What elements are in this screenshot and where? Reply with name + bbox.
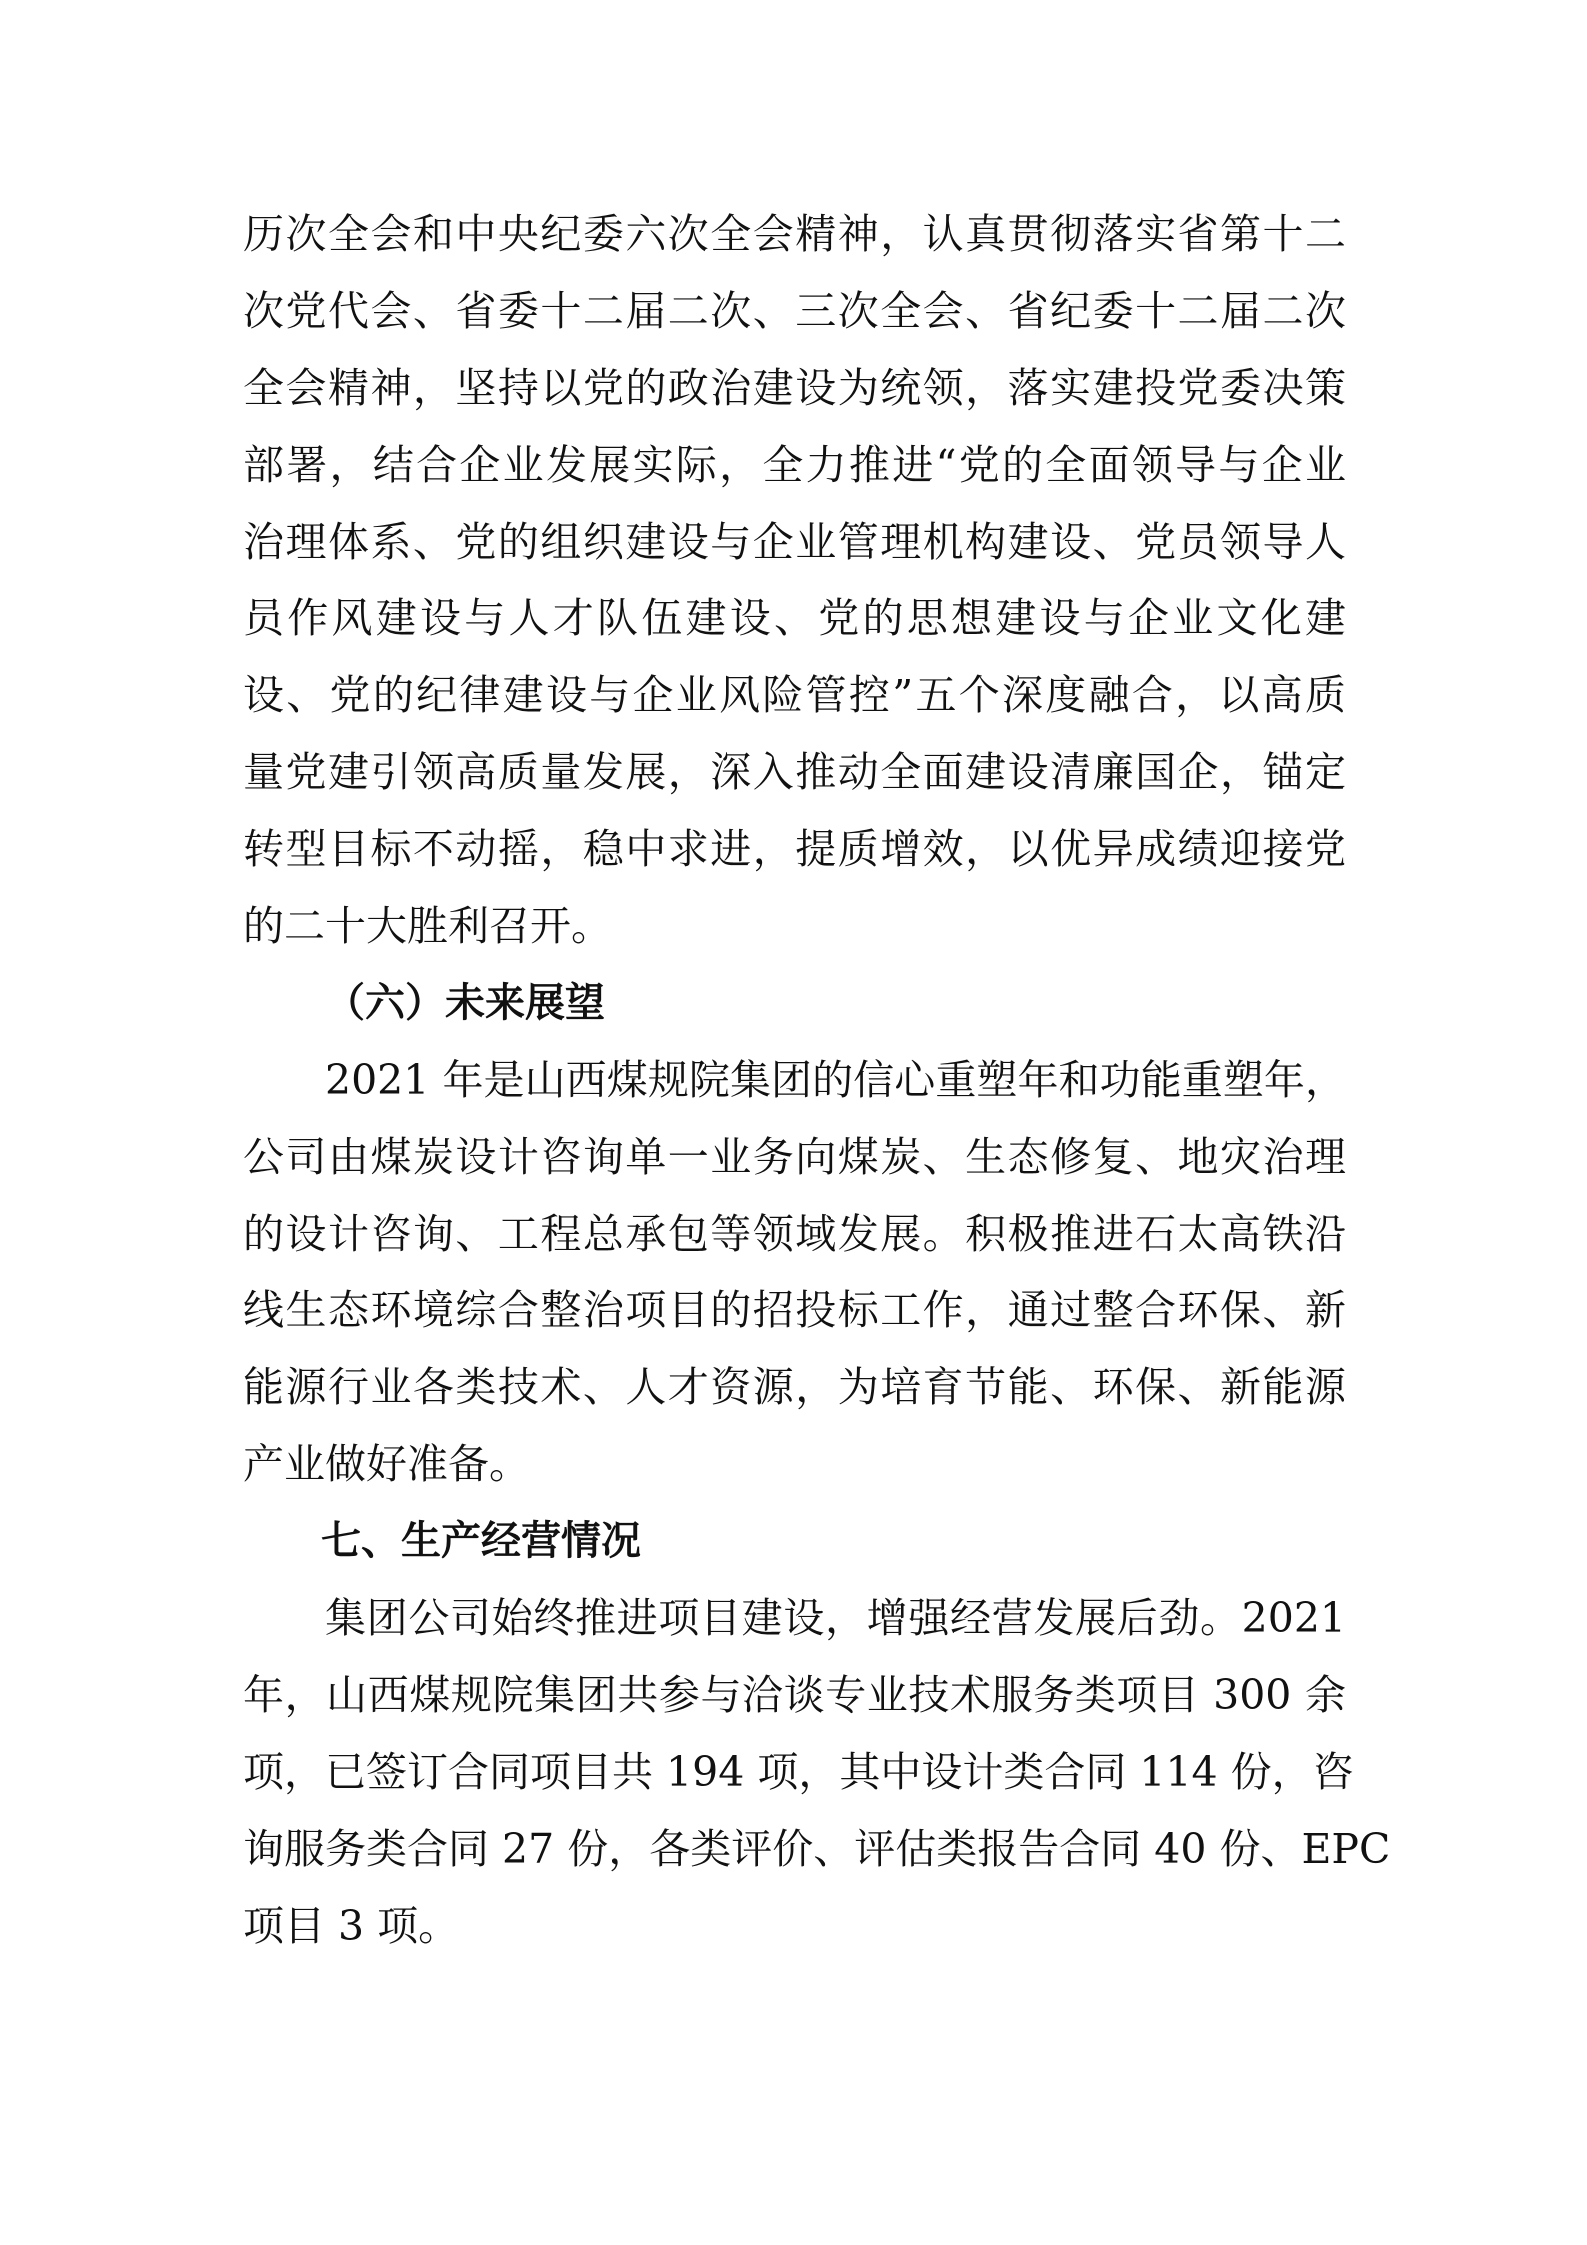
text-line: 治理体系、党的组织建设与企业管理机构建设、党员领导人 [243,504,1346,581]
text-line: 量党建引领高质量发展，深入推动全面建设清廉国企，锚定 [243,734,1346,811]
section-heading-production-operations: 七、生产经营情况 [243,1503,1346,1580]
text-line: 项目 3 项。 [243,1888,1346,1965]
text-line: 公司由煤炭设计咨询单一业务向煤炭、生态修复、地灾治理 [243,1119,1346,1196]
text-line: 项，已签订合同项目共 194 项，其中设计类合同 114 份，咨 [243,1734,1346,1811]
text-line: 的设计咨询、工程总承包等领域发展。积极推进石太高铁沿 [243,1196,1346,1273]
text-line: 转型目标不动摇，稳中求进，提质增效，以优异成绩迎接党 [243,811,1346,888]
text-line: 线生态环境综合整治项目的招投标工作，通过整合环保、新 [243,1272,1346,1349]
text-line: 的二十大胜利召开。 [243,888,1346,965]
text-line: 全会精神，坚持以党的政治建设为统领，落实建投党委决策 [243,350,1346,427]
text-line: 能源行业各类技术、人才资源，为培育节能、环保、新能源 [243,1349,1346,1426]
text-line: 询服务类合同 27 份，各类评价、评估类报告合同 40 份、EPC [243,1811,1346,1888]
future-outlook-paragraph: 2021 年是山西煤规院集团的信心重塑年和功能重塑年， 公司由煤炭设计咨询单一业… [243,1042,1346,1503]
document-page: 历次全会和中央纪委六次全会精神，认真贯彻落实省第十二 次党代会、省委十二届二次、… [243,196,1346,1964]
text-line: 设、党的纪律建设与企业风险管控”五个深度融合，以高质 [243,657,1346,734]
text-line: 部署，结合企业发展实际，全力推进“党的全面领导与企业 [243,427,1346,504]
continued-paragraph: 历次全会和中央纪委六次全会精神，认真贯彻落实省第十二 次党代会、省委十二届二次、… [243,196,1346,965]
text-line: 产业做好准备。 [243,1426,1346,1503]
text-line: 历次全会和中央纪委六次全会精神，认真贯彻落实省第十二 [243,196,1346,273]
production-operations-paragraph: 集团公司始终推进项目建设，增强经营发展后劲。2021 年，山西煤规院集团共参与洽… [243,1580,1346,1964]
text-line: 次党代会、省委十二届二次、三次全会、省纪委十二届二次 [243,273,1346,350]
text-line: 集团公司始终推进项目建设，增强经营发展后劲。2021 [243,1580,1346,1657]
text-line: 员作风建设与人才队伍建设、党的思想建设与企业文化建 [243,580,1346,657]
text-line: 年，山西煤规院集团共参与洽谈专业技术服务类项目 300 余 [243,1657,1346,1734]
subsection-heading-future-outlook: （六）未来展望 [243,965,1346,1042]
text-line: 2021 年是山西煤规院集团的信心重塑年和功能重塑年， [243,1042,1346,1119]
